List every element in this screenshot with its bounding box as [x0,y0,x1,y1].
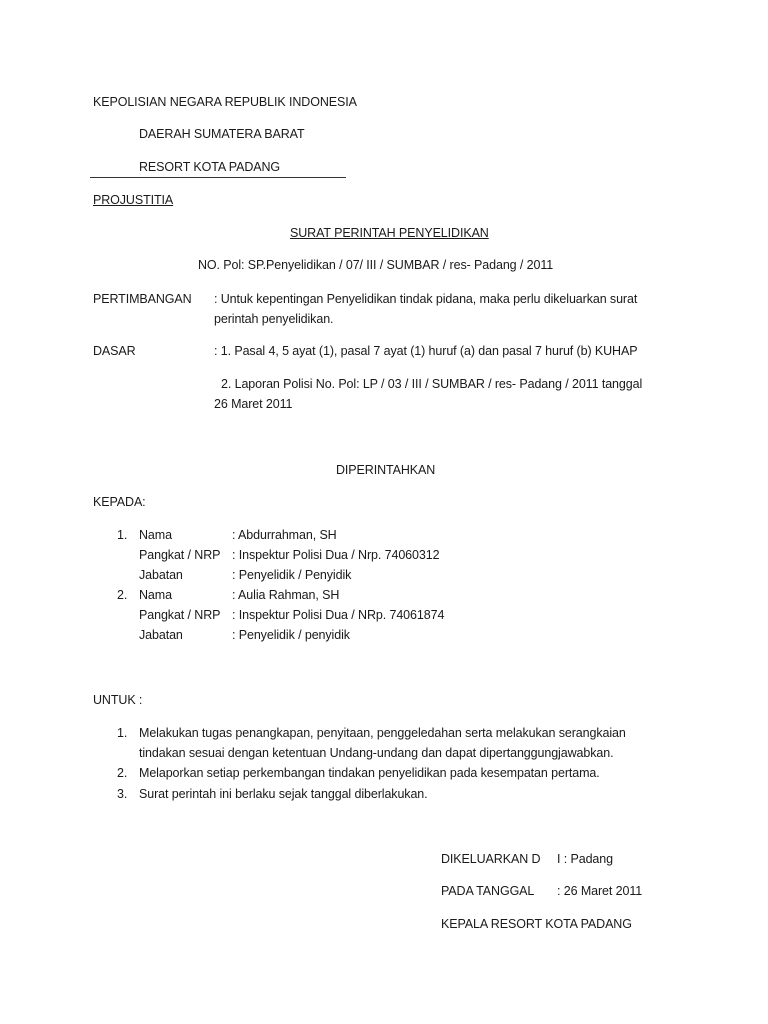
person-position: : Penyelidik / Penyidik [232,567,351,583]
untuk-item: Melaporkan setiap perkembangan tindakan … [139,765,600,781]
dasar-item-1: : 1. Pasal 4, 5 ayat (1), pasal 7 ayat (… [214,343,637,359]
untuk-item-number: 3. [117,786,127,802]
person-field-label: Jabatan [139,627,183,643]
untuk-item: Surat perintah ini berlaku sejak tanggal… [139,786,428,802]
header-institution: KEPOLISIAN NEGARA REPUBLIK INDONESIA [93,94,357,110]
dasar-item-2: 2. Laporan Polisi No. Pol: LP / 03 / III… [221,376,642,392]
person-name: : Aulia Rahman, SH [232,587,339,603]
untuk-item-number: 1. [117,725,127,741]
person-field-label: Pangkat / NRP [139,547,220,563]
person-field-label: Nama [139,587,172,603]
header-divider [90,177,346,178]
person-field-label: Nama [139,527,172,543]
untuk-item-cont: tindakan sesuai dengan ketentuan Undang-… [139,745,613,761]
untuk-label: UNTUK : [93,692,142,708]
person-position: : Penyelidik / penyidik [232,627,350,643]
signatory-title: KEPALA RESORT KOTA PADANG [441,916,632,932]
diperintahkan-heading: DIPERINTAHKAN [336,462,435,478]
header-region: DAERAH SUMATERA BARAT [139,126,305,142]
issued-date-value: : 26 Maret 2011 [557,883,642,899]
untuk-item-number: 2. [117,765,127,781]
document-title: SURAT PERINTAH PENYELIDIKAN [290,225,489,241]
kepada-label: KEPADA: [93,494,146,510]
document-number: NO. Pol: SP.Penyelidikan / 07/ III / SUM… [198,257,553,273]
person-field-label: Pangkat / NRP [139,607,220,623]
dasar-label: DASAR [93,343,136,359]
person-rank: : Inspektur Polisi Dua / NRp. 74061874 [232,607,444,623]
person-number: 1. [117,527,127,543]
issued-at-value: I : Padang [557,851,613,867]
projustitia-label: PROJUSTITIA [93,192,173,208]
header-resort: RESORT KOTA PADANG [139,159,280,175]
pertimbangan-text-2: perintah penyelidikan. [214,311,333,327]
pertimbangan-text-1: : Untuk kepentingan Penyelidikan tindak … [214,291,637,307]
issued-date-label: PADA TANGGAL [441,883,534,899]
dasar-item-2-cont: 26 Maret 2011 [214,396,292,412]
person-number: 2. [117,587,127,603]
person-field-label: Jabatan [139,567,183,583]
person-rank: : Inspektur Polisi Dua / Nrp. 74060312 [232,547,439,563]
pertimbangan-label: PERTIMBANGAN [93,291,192,307]
person-name: : Abdurrahman, SH [232,527,337,543]
untuk-item: Melakukan tugas penangkapan, penyitaan, … [139,725,626,741]
issued-at-label: DIKELUARKAN D [441,851,540,867]
